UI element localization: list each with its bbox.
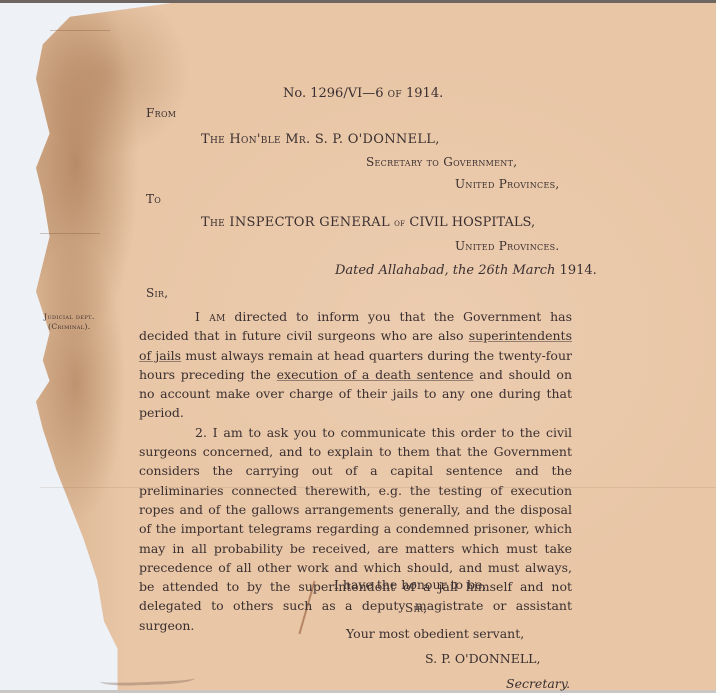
document-number-year: 1914. [406, 86, 443, 101]
recipient-name: The INSPECTOR GENERAL of CIVIL HOSPITALS… [201, 215, 535, 230]
paragraph-1: I am directed to inform you that the Gov… [139, 307, 572, 423]
sender-name: The Hon'ble Mr. S. P. O'DONNELL, [201, 132, 440, 147]
letter-document: No. 1296/VI—6 of 1914. From The Hon'ble … [0, 0, 716, 693]
sender-name-text: The Hon'ble Mr. S. P. O'DONNELL, [201, 132, 440, 147]
paragraph-1-lead: I am [195, 309, 226, 324]
closing-sir: Sir, [405, 601, 427, 615]
margin-note-line2: (Criminal). [44, 322, 95, 332]
recipient-name-part2: CIVIL HOSPITALS, [409, 215, 535, 230]
sender-region: United Provinces, [455, 177, 560, 191]
recipient-name-of: of [394, 218, 405, 229]
underlined-phrase: execution of a death sentence [277, 367, 474, 382]
date-line-year: 1914. [560, 263, 597, 278]
sender-title: Secretary to Government, [366, 155, 517, 169]
document-number: No. 1296/VI—6 of 1914. [283, 86, 443, 101]
document-number-of: of [388, 86, 402, 101]
to-label: To [146, 192, 161, 206]
margin-note-department: Judicial dept. (Criminal). [44, 312, 95, 332]
signature-name: S. P. O'DONNELL, [425, 651, 540, 666]
recipient-name-part1: The INSPECTOR GENERAL [201, 215, 390, 230]
closing-line-3: Your most obedient servant, [346, 626, 524, 641]
signature-title: Secretary. [506, 676, 570, 691]
document-number-text: No. 1296/VI—6 [283, 86, 384, 101]
from-label: From [146, 106, 176, 120]
date-line-text: Dated Allahabad, the 26th March [335, 263, 555, 278]
margin-note-line1: Judicial dept. [44, 312, 95, 322]
recipient-region: United Provinces. [455, 239, 560, 253]
paragraph-2: 2. I am to ask you to communicate this o… [139, 423, 572, 635]
salutation: Sir, [146, 286, 168, 300]
closing-line-1: I have the honour to be, [334, 577, 486, 592]
date-line: Dated Allahabad, the 26th March 1914. [335, 263, 597, 278]
